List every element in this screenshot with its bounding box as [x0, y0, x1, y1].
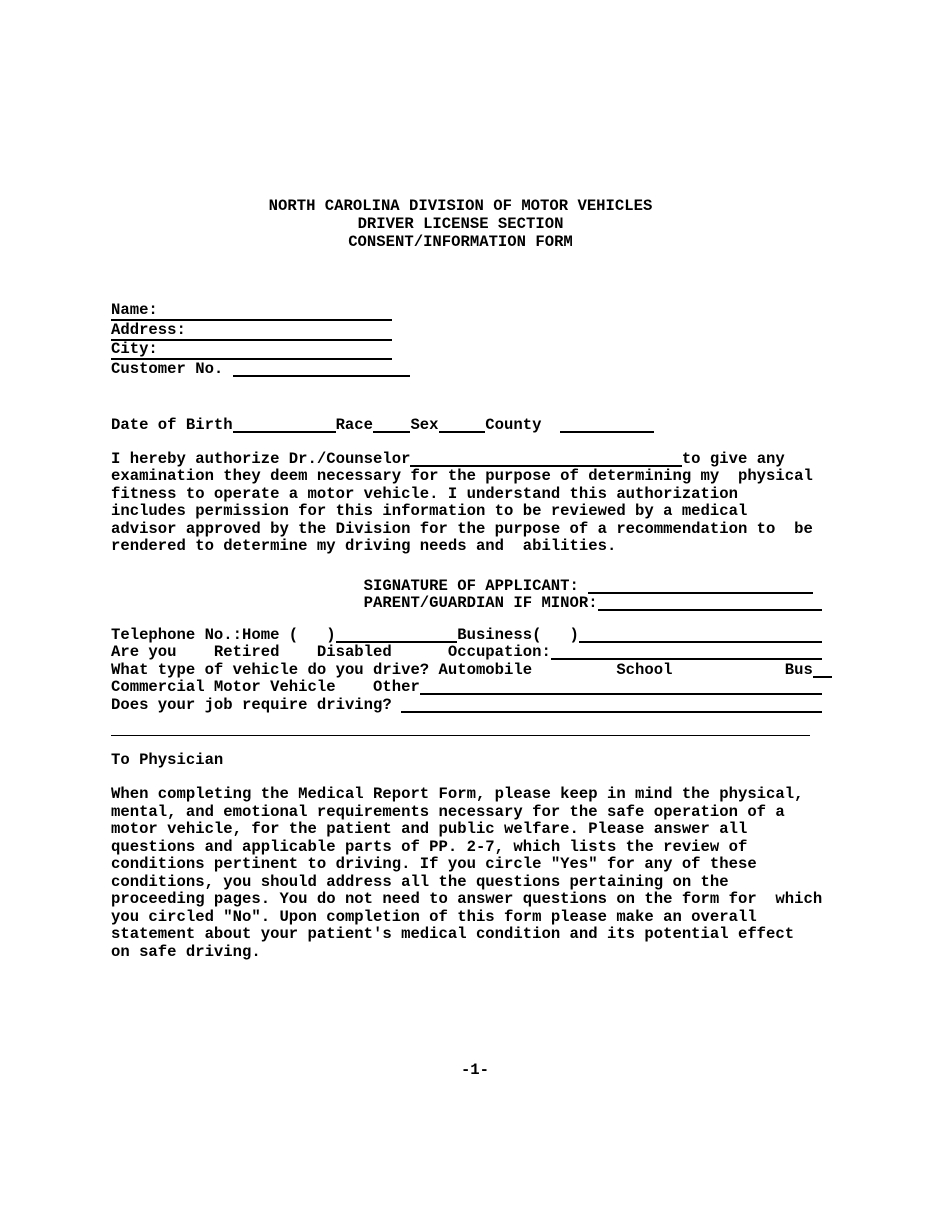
- form-text: fitness to operate a motor vehicle. I un…: [111, 485, 738, 503]
- form-text: advisor approved by the Division for the…: [111, 520, 813, 538]
- form-text: Telephone No.:Home ( ): [111, 626, 336, 644]
- blank-field: [401, 711, 822, 713]
- blank-field: [813, 676, 832, 678]
- form-line: proceeding pages. You do not need to ans…: [111, 891, 822, 909]
- form-text: To Physician: [111, 751, 223, 769]
- form-text: includes permission for this information…: [111, 502, 747, 520]
- form-line: I hereby authorize Dr./Counselorto give …: [111, 451, 813, 468]
- form-line: mental, and emotional requirements neces…: [111, 804, 822, 822]
- form-text: mental, and emotional requirements neces…: [111, 803, 785, 821]
- form-text: I hereby authorize Dr./Counselor: [111, 450, 410, 468]
- form-text: motor vehicle, for the patient and publi…: [111, 820, 747, 838]
- form-line: Date of BirthRaceSexCounty: [111, 417, 654, 434]
- form-text: statement about your patient's medical c…: [111, 925, 794, 943]
- form-line: To Physician: [111, 752, 223, 769]
- form-line: conditions, you should address all the q…: [111, 874, 822, 892]
- form-text: Race: [336, 416, 373, 434]
- form-text: When completing the Medical Report Form,…: [111, 785, 803, 803]
- applicant-identity: Name:Address:City:Customer No.: [111, 301, 410, 380]
- form-text: conditions, you should address all the q…: [111, 873, 729, 891]
- form-line: fitness to operate a motor vehicle. I un…: [111, 486, 813, 503]
- form-line: motor vehicle, for the patient and publi…: [111, 821, 822, 839]
- form-text: Business( ): [457, 626, 579, 644]
- page-number: -1-: [0, 1062, 950, 1079]
- form-text: Are you Retired Disabled Occupation:: [111, 643, 551, 661]
- blank-field: [420, 693, 822, 695]
- form-text: you circled "No". Upon completion of thi…: [111, 908, 757, 926]
- form-text: proceeding pages. You do not need to ans…: [111, 890, 822, 908]
- form-text: What type of vehicle do you drive? Autom…: [111, 661, 813, 679]
- form-line: includes permission for this information…: [111, 503, 813, 520]
- form-line: City:: [111, 340, 410, 360]
- form-line: What type of vehicle do you drive? Autom…: [111, 662, 832, 679]
- form-text: SIGNATURE OF APPLICANT:: [364, 577, 589, 595]
- form-line: Customer No.: [111, 360, 410, 380]
- form-line: Does your job require driving?: [111, 697, 832, 714]
- section-divider: [111, 735, 810, 736]
- blank-field: [579, 641, 822, 643]
- form-line: When completing the Medical Report Form,…: [111, 786, 822, 804]
- form-text: Commercial Motor Vehicle Other: [111, 678, 420, 696]
- form-line: PARENT/GUARDIAN IF MINOR:: [111, 595, 822, 612]
- form-text: questions and applicable parts of PP. 2-…: [111, 838, 747, 856]
- form-line: NORTH CAROLINA DIVISION OF MOTOR VEHICLE…: [111, 197, 810, 215]
- document-page: NORTH CAROLINA DIVISION OF MOTOR VEHICLE…: [0, 0, 950, 1230]
- form-text: Customer No.: [111, 360, 233, 378]
- to-physician-heading: To Physician: [111, 752, 223, 769]
- form-line: CONSENT/INFORMATION FORM: [111, 233, 810, 251]
- blank-field: [373, 431, 410, 433]
- form-line: Address:: [111, 321, 410, 341]
- form-text: DRIVER LICENSE SECTION: [358, 215, 564, 233]
- physician-instructions: When completing the Medical Report Form,…: [111, 786, 822, 961]
- form-text: NORTH CAROLINA DIVISION OF MOTOR VEHICLE…: [269, 197, 653, 215]
- blank-field: [598, 609, 823, 611]
- form-text: rendered to determine my driving needs a…: [111, 537, 616, 555]
- form-line: on safe driving.: [111, 944, 822, 962]
- form-line: examination they deem necessary for the …: [111, 468, 813, 485]
- blank-field: [560, 431, 654, 433]
- form-text: conditions pertinent to driving. If you …: [111, 855, 757, 873]
- form-line: conditions pertinent to driving. If you …: [111, 856, 822, 874]
- form-line: you circled "No". Upon completion of thi…: [111, 909, 822, 927]
- form-line: rendered to determine my driving needs a…: [111, 538, 813, 555]
- form-line: questions and applicable parts of PP. 2-…: [111, 839, 822, 857]
- form-line: Telephone No.:Home ( )Business( ): [111, 627, 832, 644]
- form-text: PARENT/GUARDIAN IF MINOR:: [364, 594, 598, 612]
- blank-field: [233, 431, 336, 433]
- form-line: Are you Retired Disabled Occupation:: [111, 644, 832, 661]
- telephone-occupation: Telephone No.:Home ( )Business( )Are you…: [111, 627, 832, 714]
- form-text: examination they deem necessary for the …: [111, 467, 813, 485]
- form-text: Name:: [111, 301, 392, 321]
- form-text: Does your job require driving?: [111, 696, 401, 714]
- authorization-paragraph: I hereby authorize Dr./Counselorto give …: [111, 451, 813, 555]
- form-text: -1-: [461, 1061, 489, 1079]
- birth-race-sex-county: Date of BirthRaceSexCounty: [111, 417, 654, 434]
- blank-field: [588, 592, 813, 594]
- blank-field: [233, 375, 411, 377]
- form-text: Date of Birth: [111, 416, 233, 434]
- form-line: DRIVER LICENSE SECTION: [111, 215, 810, 233]
- form-line: -1-: [0, 1062, 950, 1079]
- blank-field: [439, 431, 486, 433]
- form-line: advisor approved by the Division for the…: [111, 521, 813, 538]
- form-text: City:: [111, 340, 392, 360]
- form-text: CONSENT/INFORMATION FORM: [348, 233, 573, 251]
- form-line: statement about your patient's medical c…: [111, 926, 822, 944]
- form-text: County: [485, 416, 560, 434]
- form-text: Address:: [111, 321, 392, 341]
- form-text: on safe driving.: [111, 943, 261, 961]
- form-line: SIGNATURE OF APPLICANT:: [111, 578, 822, 595]
- form-text: to give any: [682, 450, 785, 468]
- form-title: NORTH CAROLINA DIVISION OF MOTOR VEHICLE…: [111, 197, 810, 251]
- form-line: Name:: [111, 301, 410, 321]
- form-line: Commercial Motor Vehicle Other: [111, 679, 832, 696]
- signature-lines: SIGNATURE OF APPLICANT: PARENT/GUARDIAN …: [111, 578, 822, 613]
- form-text: Sex: [410, 416, 438, 434]
